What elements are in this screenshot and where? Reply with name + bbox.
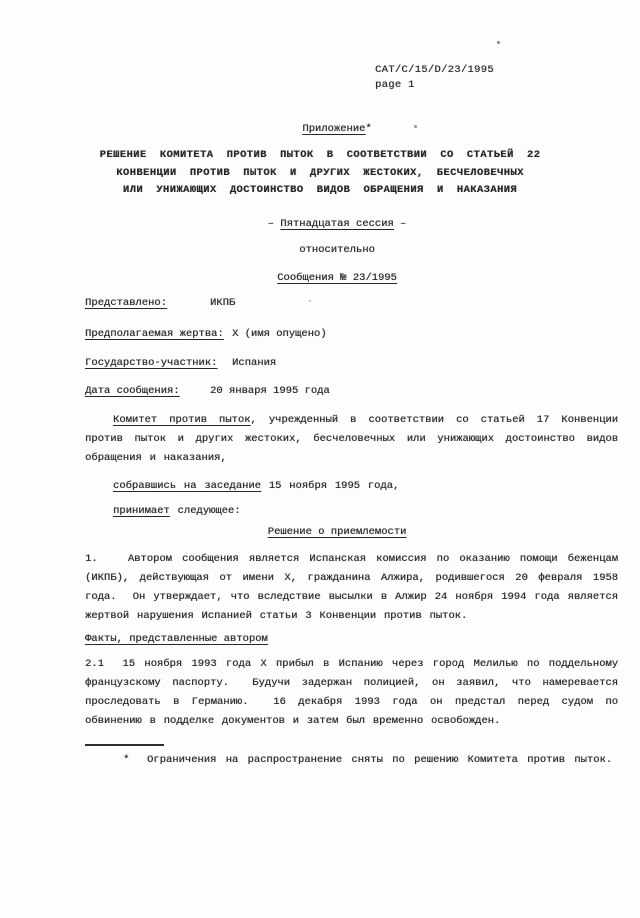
page-number-label: page 1: [375, 78, 494, 93]
info-row-submitted-by: Представлено: ИКПБ: [85, 296, 605, 312]
info-value: Испания: [232, 356, 276, 370]
document-symbol-block: CAT/C/15/D/23/1995 page 1: [375, 63, 494, 93]
document-title-line: ИЛИ УНИЖАЮЩИХ ДОСТОИНСТВО ВИДОВ ОБРАЩЕНИ…: [60, 182, 580, 200]
info-row-alleged-victim: Предполагаемая жертва: X (имя опущено): [85, 327, 605, 343]
info-label: Дата сообщения:: [85, 385, 180, 397]
paragraph-adopts: принимает следующее:: [85, 502, 618, 521]
info-value: X (имя опущено): [232, 327, 327, 341]
session-dash-right: –: [394, 218, 407, 230]
document-symbol: CAT/C/15/D/23/1995: [375, 63, 494, 78]
session-title: Пятнадцатая сессия: [280, 218, 393, 230]
info-row-state-party: Государство-участник: Испания: [85, 356, 605, 372]
info-value: ИКПБ: [210, 296, 235, 310]
document-title: РЕШЕНИЕ КОМИТЕТА ПРОТИВ ПЫТОК В СООТВЕТС…: [60, 147, 580, 200]
annex-text: Приложение: [302, 123, 365, 135]
paragraph-1: 1. Автором сообщения является Испанская …: [85, 550, 618, 626]
footnote-separator-line: [85, 744, 164, 746]
document-title-line: КОНВЕНЦИИ ПРОТИВ ПЫТОК И ДРУГИХ ЖЕСТОКИХ…: [60, 165, 580, 183]
info-label: Государство-участник:: [85, 357, 217, 369]
info-label: Предполагаемая жертва:: [85, 328, 224, 340]
communication-number: Сообщения № 23/1995: [34, 271, 640, 285]
paragraph-committee-preamble: Комитет против пыток, учрежденный в соот…: [85, 411, 618, 468]
footnote-text: Ограничения на распространение сняты по …: [147, 753, 633, 768]
footnote: * Ограничения на распространение сняты п…: [123, 753, 633, 768]
scan-speck: [309, 300, 311, 302]
info-row-date-of-communication: Дата сообщения: 20 января 1995 года: [85, 384, 605, 400]
info-label: Представлено:: [85, 297, 167, 309]
paragraph-meeting-date: собравшись на заседание 15 ноября 1995 г…: [85, 477, 618, 496]
scan-speck: [414, 125, 417, 128]
scan-speck: [497, 41, 500, 44]
session-dash-left: –: [268, 218, 281, 230]
annex-label: Приложение*: [34, 122, 640, 136]
decision-heading: Решение о приемлемости: [34, 525, 640, 539]
scanned-document-page: CAT/C/15/D/23/1995 page 1 Приложение* РЕ…: [0, 0, 640, 918]
footnote-marker: *: [123, 754, 129, 766]
paragraph-2-1: 2.1 15 ноября 1993 года X прибыл в Испан…: [85, 655, 618, 731]
annex-footnote-marker: *: [365, 123, 371, 135]
info-value: 20 января 1995 года: [210, 384, 330, 398]
regarding-label: относительно: [34, 243, 640, 257]
session-line: – Пятнадцатая сессия –: [34, 217, 640, 231]
facts-heading: Факты, представленные автором: [85, 632, 268, 646]
document-title-line: РЕШЕНИЕ КОМИТЕТА ПРОТИВ ПЫТОК В СООТВЕТС…: [60, 147, 580, 165]
